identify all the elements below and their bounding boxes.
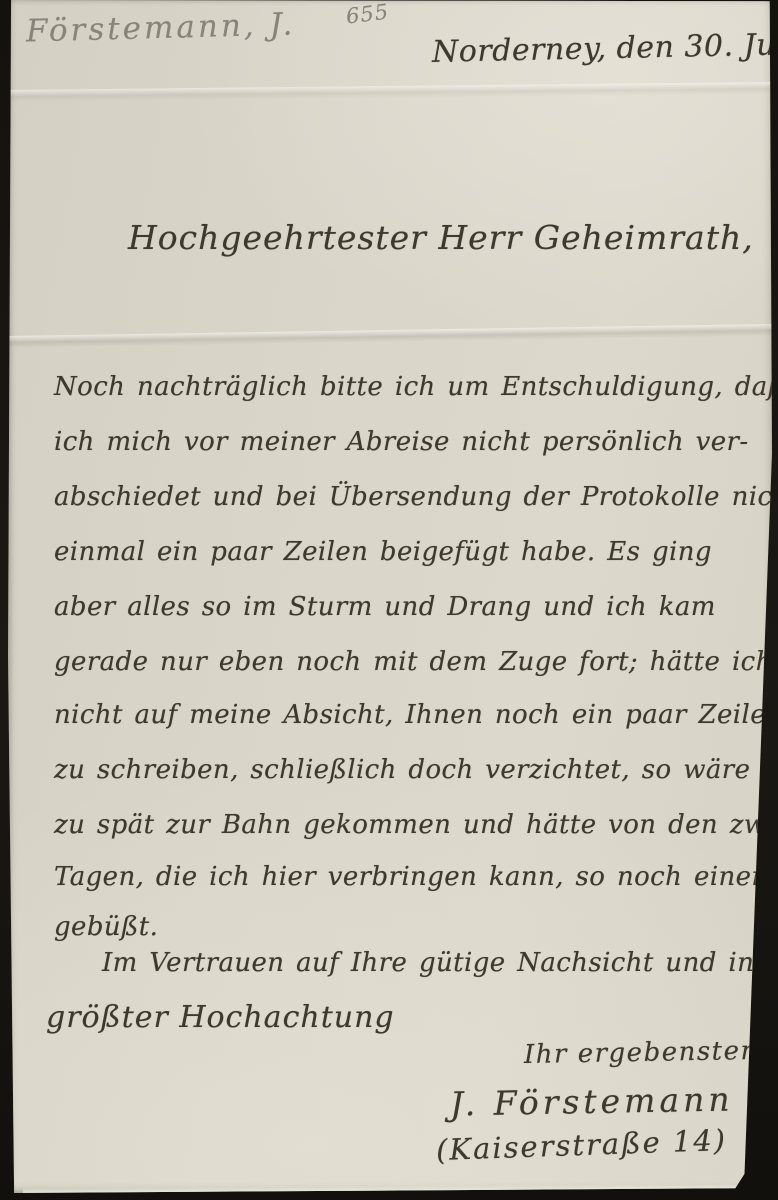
letter-paper: Förstemann, J. 655 Norderney, den 30. Ju… [8,0,772,1193]
scan-background: Förstemann, J. 655 Norderney, den 30. Ju… [0,0,778,1200]
paper-edge-highlight [23,1184,741,1193]
letter-dateline: Norderney, den 30. Juli 1891. [432,25,778,70]
body-line: Tagen, die ich hier verbringen kann, so … [54,862,778,892]
letter-signature: J. Förstemann [450,1080,734,1124]
body-line: nicht auf meine Absicht, Ihnen noch ein … [54,700,778,730]
letter-address: (Kaiserstraße 14) [435,1123,727,1167]
pencil-annotation-number: 655 [345,0,391,29]
fold-crease-top [8,82,772,102]
body-line: zu spät zur Bahn gekommen und hätte von … [54,810,778,840]
letter-valediction: Ihr ergebenster [524,1036,755,1070]
closing-line: größter Hochachtung [46,1000,395,1035]
body-line: abschiedet und bei Übersendung der Proto… [54,482,778,512]
body-line: Noch nachträglich bitte ich um Entschuld… [54,372,778,402]
body-line: gebüßt. [54,912,158,942]
body-line: ich mich vor meiner Abreise nicht persön… [54,427,749,457]
body-line: gerade nur eben noch mit dem Zuge fort; … [54,647,773,677]
body-line: aber alles so im Sturm und Drang und ich… [54,592,716,622]
body-line: zu schreiben, schließlich doch verzichte… [54,755,778,785]
closing-line: Im Vertrauen auf Ihre gütige Nachsicht u… [102,948,754,978]
body-line: einmal ein paar Zeilen beigefügt habe. E… [54,537,712,567]
fold-crease-middle [8,324,772,348]
letter-salutation: Hochgeehrtester Herr Geheimrath, [128,218,754,257]
pencil-annotation-name: Förstemann, J. [26,6,296,49]
